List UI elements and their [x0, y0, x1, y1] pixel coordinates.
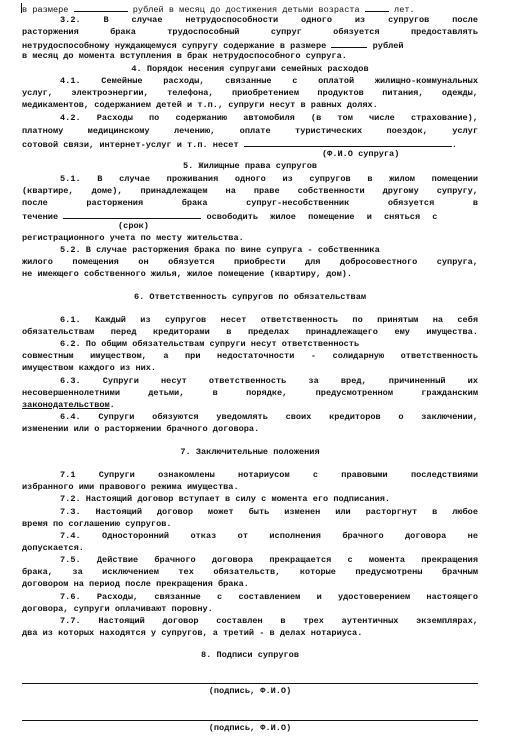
paragraph-line: (квартире, доме), принадлежащем на праве… [22, 185, 478, 197]
clause-6-2-line: 6.2. По общим обязательствам супруги нес… [22, 338, 478, 350]
paragraph-line: два из которых находятся у супругов, а т… [22, 627, 478, 639]
paragraph-line: изменении или о расторжении брачного дог… [22, 423, 478, 435]
signature-caption-1: (подпись, Ф.И.О) [22, 685, 478, 697]
paragraph-line: допускается. [22, 542, 478, 554]
amount-blank[interactable] [74, 2, 128, 12]
clause-4-1-line: 4.1. Семейные расходы, связанные с оплат… [22, 75, 478, 87]
text: освободить жилое помещение и сняться с [206, 212, 437, 222]
paragraph-line: расторжения брака трудоспособный супруг … [22, 26, 478, 38]
clause-7-2-line: 7.2. Настоящий договор вступает в силу с… [22, 493, 478, 505]
amount-blank[interactable] [331, 38, 367, 48]
signature-line-1[interactable] [22, 683, 478, 684]
clause-6-3-line: 6.3. Супруги несут ответственность за вр… [22, 375, 478, 387]
text: течение [22, 212, 58, 222]
text: . [452, 140, 457, 150]
clause-7-7-line: 7.7. Настоящий договор составлен в трех … [22, 615, 478, 627]
paragraph-line: услуг, электроэнергии, телефона, приобре… [22, 87, 478, 99]
section-5-title: 5. Жилищные права супругов [22, 160, 478, 172]
term-blank[interactable] [63, 209, 201, 219]
text: . [110, 400, 115, 410]
clause-3-2-line: 3.2. В случае нетрудоспособности одного … [22, 14, 478, 26]
paragraph-line: в размере рублей в месяц до достижения д… [22, 2, 478, 14]
paragraph-line: регистрационного учета по месту жительст… [22, 232, 478, 244]
paragraph-line: после расторжения брака супруг-несобстве… [22, 197, 478, 209]
paragraph-line: платному медицинскому лечению, оплате ту… [22, 125, 478, 137]
clause-7-4-line: 7.4. Односторонний отказ от исполнения б… [22, 530, 478, 542]
paragraph-line: не имеющего собственного жилья, жилое по… [22, 268, 478, 280]
paragraph-line: течение освободить жилое помещение и сня… [22, 209, 478, 221]
paragraph-line: в месяц до момента вступления в брак нет… [22, 50, 478, 62]
signature-caption-2: (подпись, Ф.И.О) [22, 722, 478, 734]
paragraph-line: нетрудоспособному нуждающемуся супругу с… [22, 38, 478, 50]
section-7-title: 7. Заключительные положения [22, 446, 478, 458]
clause-5-1-line: 5.1. В случае проживания одного из супру… [22, 173, 478, 185]
paragraph-line: совместным имуществом, а при недостаточн… [22, 350, 478, 362]
clause-7-6-line: 7.6. Расходы, связанные с составлением и… [22, 591, 478, 603]
paragraph-line: обязательствам перед кредиторами в преде… [22, 326, 478, 338]
signature-line-2[interactable] [22, 720, 478, 721]
clause-6-1-line: 6.1. Каждый из супругов несет ответствен… [22, 314, 478, 326]
paragraph-line: время по соглашению супругов. [22, 518, 478, 530]
section-6-title: 6. Ответственность супругов по обязатель… [22, 291, 478, 303]
paragraph-line: жилого помещения он обязуется приобрести… [22, 256, 478, 268]
paragraph-line: имуществом каждого из них. [22, 362, 478, 374]
paragraph-line: избранного ими правового режима имуществ… [22, 481, 478, 493]
section-4-title: 4. Порядок несения супругами семейных ра… [22, 63, 478, 75]
field-caption: (срок) [118, 220, 178, 232]
field-caption: (Ф.И.О супруга) [322, 148, 442, 160]
spouse-name-blank[interactable] [244, 137, 452, 147]
clause-7-5-line: 7.5. Действие брачного договора прекраща… [22, 554, 478, 566]
paragraph-line: медикаментов, содержанием детей и т.п., … [22, 99, 478, 111]
age-blank[interactable] [365, 2, 389, 12]
clause-5-2-line: 5.2. В случае расторжения брака по вине … [22, 244, 478, 256]
clause-7-1-line: 7.1 Супруги ознакомлены нотариусом с пра… [22, 469, 478, 481]
clause-7-3-line: 7.3. Настоящий договор может быть измене… [22, 506, 478, 518]
section-8-title: 8. Подписи супругов [22, 649, 478, 661]
clause-6-4-line: 6.4. Супруги обязуются уведомлять своих … [22, 411, 478, 423]
paragraph-line: несовершеннолетними детьми, в порядке, п… [22, 387, 478, 399]
paragraph-line: договором на период после прекращения бр… [22, 578, 478, 590]
paragraph-line: брака, за исключением тех обязательств, … [22, 566, 478, 578]
paragraph-line: законодательством. [22, 399, 478, 411]
clause-4-2-line: 4.2. Расходы по содержанию автомобиля (в… [22, 112, 478, 124]
paragraph-line: договора, супруги оплачивают поровну. [22, 603, 478, 615]
text: сотовой связи, интернет-услуг и т.п. нес… [22, 140, 239, 150]
legislation-link[interactable]: законодательством [22, 400, 110, 410]
